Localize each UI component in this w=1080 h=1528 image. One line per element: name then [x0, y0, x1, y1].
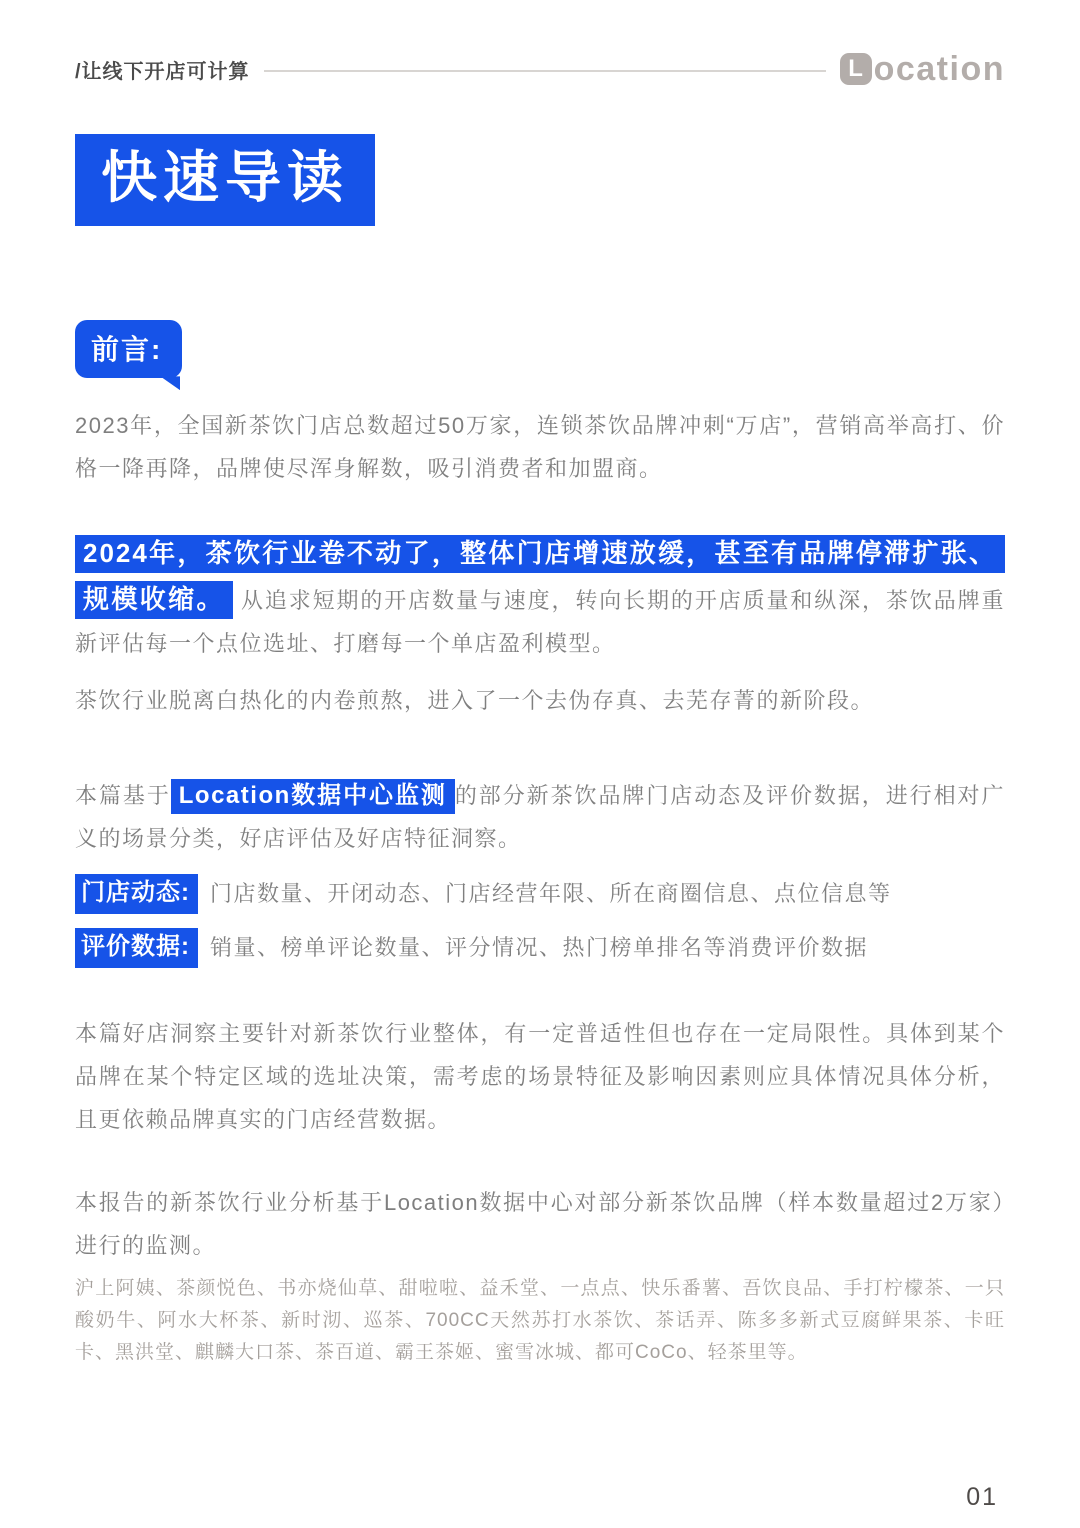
- store-dynamics-text: 门店数量、开闭动态、门店经营年限、所在商圈信息、点位信息等: [210, 874, 892, 914]
- basis-prefix: 本篇基于: [75, 783, 171, 808]
- page-number: 01: [966, 1483, 998, 1512]
- header-divider-line: [264, 70, 826, 72]
- page-content: 快速导读 前言: 2023年，全国新茶饮门店总数超过50万家，连锁茶饮品牌冲刺“…: [0, 86, 1080, 1369]
- page-title: 快速导读: [75, 134, 375, 226]
- brand-list: 沪上阿姨、茶颜悦色、书亦烧仙草、甜啦啦、益禾堂、一点点、快乐番薯、吾饮良品、手打…: [75, 1273, 1005, 1369]
- intro-paragraph: 2023年，全国新茶饮门店总数超过50万家，连锁茶饮品牌冲刺“万店”，营销高举高…: [75, 404, 1005, 490]
- basis-paragraph: 本篇基于Location数据中心监测的部分新茶饮品牌门店动态及评价数据，进行相对…: [75, 774, 1005, 860]
- location-logo: L ocation: [840, 52, 1005, 86]
- stage-paragraph: 茶饮行业脱离白热化的内卷煎熬，进入了一个去伪存真、去芜存菁的新阶段。: [75, 679, 1005, 722]
- review-data-label: 评价数据:: [75, 928, 198, 967]
- report-page: /让线下开店可计算 L ocation 快速导读 前言: 2023年，全国新茶饮…: [0, 0, 1080, 1528]
- definition-review-data: 评价数据: 销量、榜单评论数量、评分情况、热门榜单排名等消费评价数据: [75, 928, 1005, 968]
- store-dynamics-label: 门店动态:: [75, 874, 198, 913]
- trend-paragraph: 2024年，茶饮行业卷不动了，整体门店增速放缓，甚至有品牌停滞扩张、规模收缩。 …: [75, 530, 1005, 665]
- definition-store-dynamics: 门店动态: 门店数量、开闭动态、门店经营年限、所在商圈信息、点位信息等: [75, 874, 1005, 914]
- location-logo-icon: L: [840, 53, 872, 85]
- preface-label-bubble: 前言:: [75, 320, 182, 378]
- basis-highlight: Location数据中心监测: [171, 779, 455, 814]
- scope-paragraph: 本篇好店洞察主要针对新茶饮行业整体，有一定普适性但也存在一定局限性。具体到某个品…: [75, 1012, 1005, 1141]
- header-tagline: /让线下开店可计算: [75, 55, 250, 84]
- location-logo-text: ocation: [874, 52, 1005, 86]
- sample-paragraph: 本报告的新茶饮行业分析基于Location数据中心对部分新茶饮品牌（样本数量超过…: [75, 1181, 1005, 1267]
- review-data-text: 销量、榜单评论数量、评分情况、热门榜单排名等消费评价数据: [210, 928, 868, 968]
- page-header: /让线下开店可计算 L ocation: [0, 0, 1080, 86]
